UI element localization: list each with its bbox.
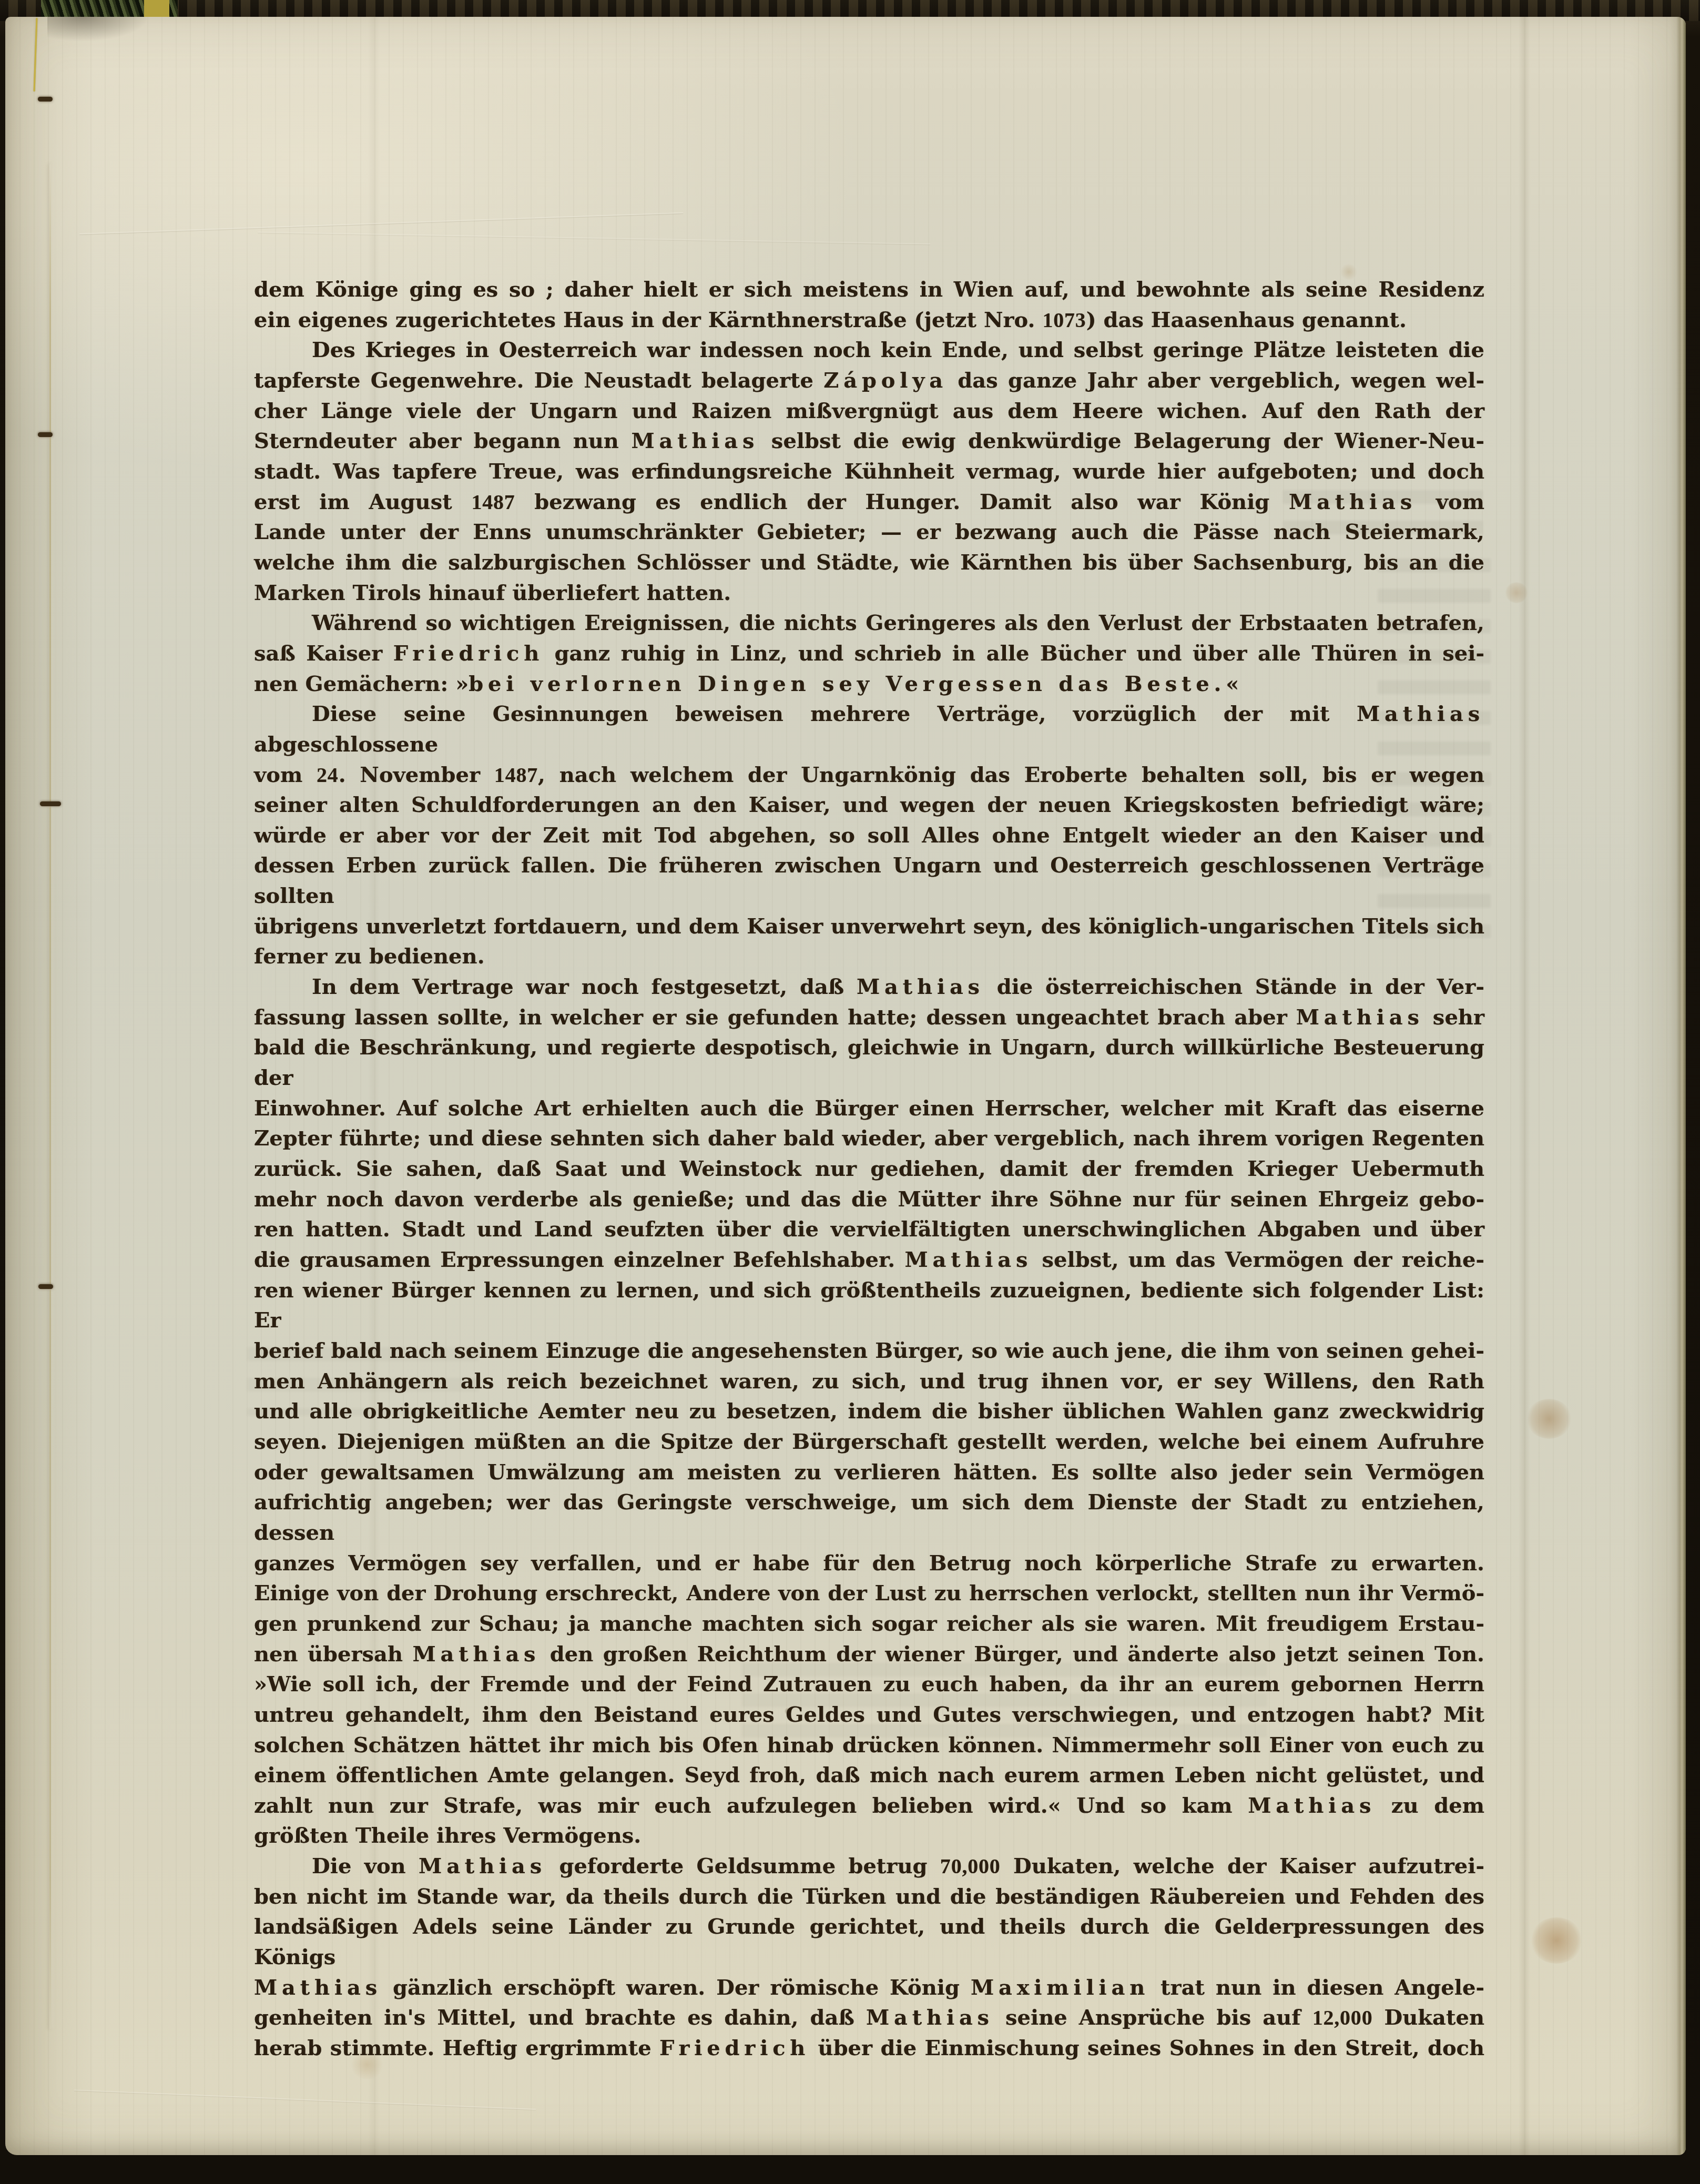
- text-line: untreu gehandelt, ihm den Beistand eures…: [254, 1700, 1484, 1730]
- text-line: Einige von der Drohung erschreckt, Ander…: [254, 1578, 1484, 1609]
- text-line: Einwohner. Auf solche Art erhielten auch…: [254, 1093, 1484, 1124]
- text-line: ren hatten. Stadt und Land seufzten über…: [254, 1214, 1484, 1245]
- text-line: und alle obrigkeitliche Aemter neu zu be…: [254, 1396, 1484, 1427]
- text-line: vom 24. November 1487, nach welchem der …: [254, 760, 1484, 790]
- text-line: cher Länge viele der Ungarn und Raizen m…: [254, 396, 1484, 426]
- text-line: In dem Vertrage war noch festgesetzt, da…: [254, 972, 1484, 1002]
- text-line: Des Krieges in Oesterreich war indessen …: [254, 335, 1484, 365]
- text-line: Mathias gänzlich erschöpft waren. Der rö…: [254, 1973, 1484, 2003]
- text-line: genheiten in's Mittel, und brachte es da…: [254, 2003, 1484, 2033]
- fox-stain: [1530, 1917, 1583, 1964]
- gutter-fold-crease: [49, 164, 51, 2029]
- binding-shadow: [47, 17, 147, 41]
- text-line: Lande unter der Enns unumschränkter Gebi…: [254, 517, 1484, 547]
- text-line: Marken Tirols hinauf überliefert hatten.: [254, 578, 1484, 608]
- paper-crease: [258, 232, 931, 245]
- stitch-hole: [38, 97, 53, 101]
- text-line: oder gewaltsamen Umwälzung am meisten zu…: [254, 1457, 1484, 1488]
- paper-crease: [79, 212, 683, 235]
- text-line: fassung lassen sollte, in welcher er sie…: [254, 1002, 1484, 1033]
- text-line: erst im August 1487 bezwang es endlich d…: [254, 487, 1484, 517]
- fox-stain: [1526, 1399, 1572, 1439]
- stitch-hole: [38, 1284, 53, 1289]
- text-line: mehr noch davon verderbe als genieße; un…: [254, 1184, 1484, 1215]
- text-line: Während so wichtigen Ereignissen, die ni…: [254, 608, 1484, 638]
- paper-crease: [74, 2090, 536, 2111]
- text-line: herab stimmte. Heftig ergrimmte Friedric…: [254, 2033, 1484, 2064]
- text-line: dem Könige ging es so ; daher hielt er s…: [254, 275, 1484, 305]
- text-line: ben nicht im Stande war, da theils durch…: [254, 1882, 1484, 1912]
- text-line: Sterndeuter aber begann nun Mathias selb…: [254, 426, 1484, 456]
- text-line: Die von Mathias geforderte Geldsumme bet…: [254, 1851, 1484, 1882]
- text-line: die grausamen Erpressungen einzelner Bef…: [254, 1245, 1484, 1275]
- text-line: größten Theile ihres Vermögens.: [254, 1821, 1484, 1851]
- text-line: berief bald nach seinem Einzuge die ange…: [254, 1336, 1484, 1366]
- text-line: tapferste Gegenwehre. Die Neustadt belag…: [254, 365, 1484, 396]
- text-line: einem öffentlichen Amte gelangen. Seyd f…: [254, 1760, 1484, 1791]
- text-line: würde er aber vor der Zeit mit Tod abgeh…: [254, 820, 1484, 851]
- text-line: welche ihm die salzburgischen Schlösser …: [254, 547, 1484, 578]
- paper-chain-line: [1519, 17, 1530, 2155]
- page-fore-edge: [1676, 17, 1686, 2155]
- stitch-hole: [40, 801, 61, 806]
- text-line: solchen Schätzen hättet ihr mich bis Ofe…: [254, 1730, 1484, 1761]
- text-line: dessen Erben zurück fallen. Die früheren…: [254, 850, 1484, 911]
- text-line: Zepter führte; und diese sehnten sich da…: [254, 1123, 1484, 1154]
- text-line: ferner zu bedienen.: [254, 941, 1484, 972]
- text-line: stadt. Was tapfere Treue, was erfindungs…: [254, 456, 1484, 487]
- text-line: aufrichtig angeben; wer das Geringste ve…: [254, 1487, 1484, 1548]
- book-page: dem Könige ging es so ; daher hielt er s…: [5, 17, 1686, 2155]
- text-line: »Wie soll ich, der Fremde und der Feind …: [254, 1669, 1484, 1700]
- text-line: saß Kaiser Friedrich ganz ruhig in Linz,…: [254, 638, 1484, 669]
- text-block: dem Könige ging es so ; daher hielt er s…: [254, 275, 1484, 2064]
- text-line: Diese seine Gesinnungen beweisen mehrere…: [254, 699, 1484, 759]
- text-line: seiner alten Schuldforderungen an den Ka…: [254, 790, 1484, 820]
- text-line: men Anhängern als reich bezeichnet waren…: [254, 1366, 1484, 1397]
- photo-backdrop: dem Könige ging es so ; daher hielt er s…: [0, 0, 1700, 2184]
- text-line: zurück. Sie sahen, daß Saat und Weinstoc…: [254, 1154, 1484, 1184]
- text-line: landsäßigen Adels seine Länder zu Grunde…: [254, 1912, 1484, 1972]
- binding-thread: [34, 18, 38, 92]
- text-line: seyen. Diejenigen müßten an die Spitze d…: [254, 1427, 1484, 1457]
- text-line: bald die Beschränkung, und regierte desp…: [254, 1032, 1484, 1093]
- text-line: übrigens unverletzt fortdauern, und dem …: [254, 911, 1484, 942]
- text-line: ren wiener Bürger kennen zu lernen, und …: [254, 1275, 1484, 1336]
- text-line: gen prunkend zur Schau; ja manche machte…: [254, 1609, 1484, 1639]
- text-line: zahlt nun zur Strafe, was mir euch aufzu…: [254, 1791, 1484, 1821]
- text-line: ganzes Vermögen sey verfallen, und er ha…: [254, 1548, 1484, 1579]
- stitch-hole: [38, 432, 53, 437]
- text-line: nen übersah Mathias den großen Reichthum…: [254, 1639, 1484, 1670]
- text-line: nen Gemächern: »bei verlornen Dingen sey…: [254, 669, 1484, 699]
- headband: [41, 0, 178, 18]
- text-line: ein eigenes zugerichtetes Haus in der Kä…: [254, 305, 1484, 336]
